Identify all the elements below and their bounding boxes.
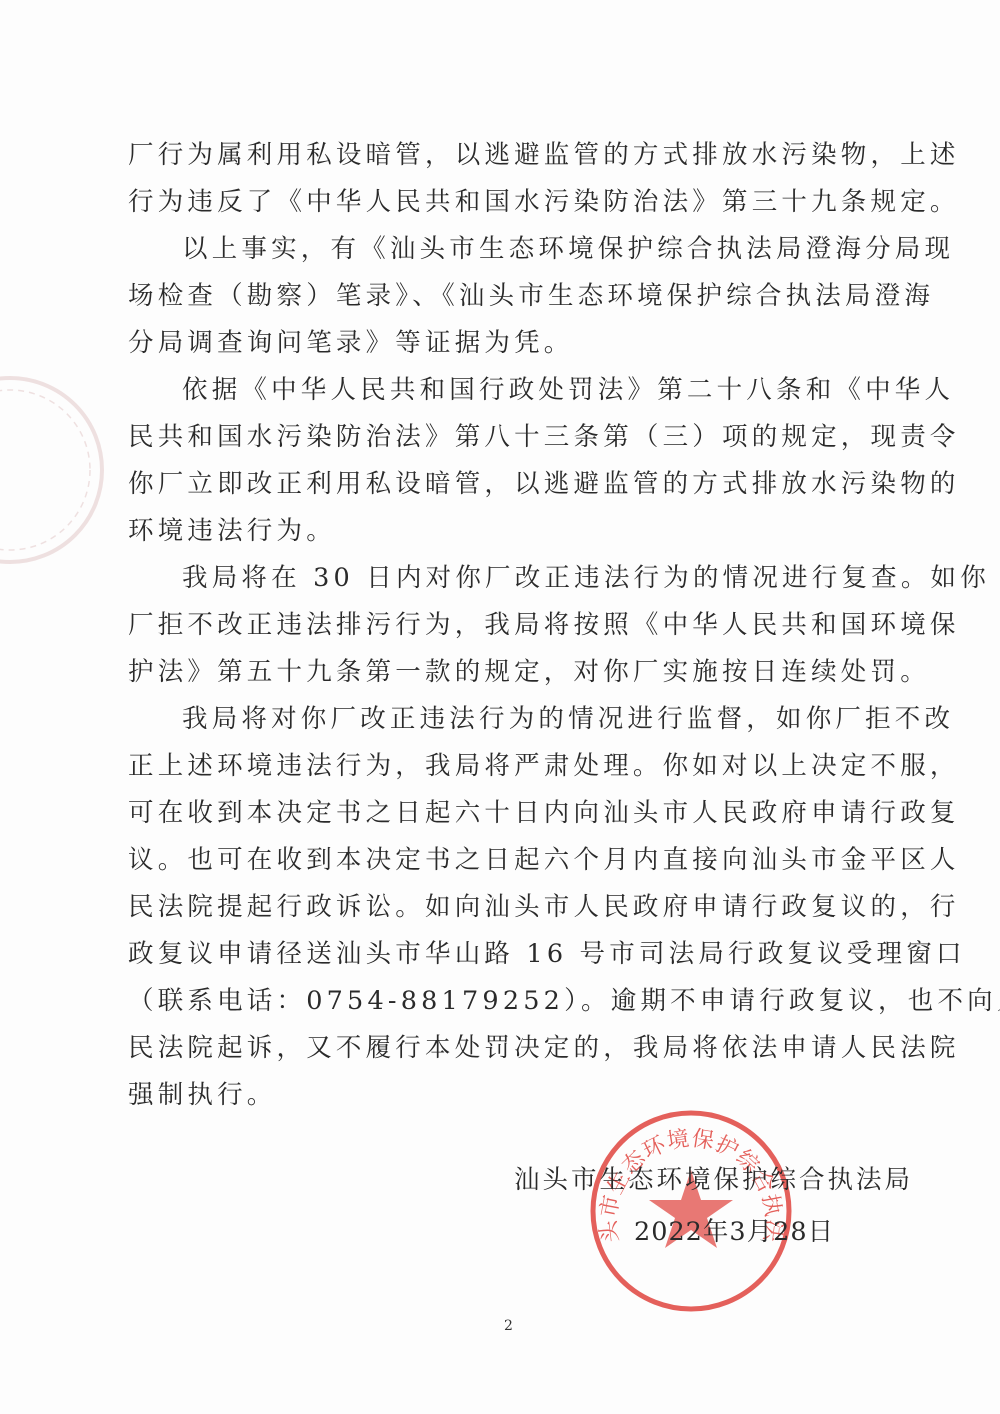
page-number: 2 xyxy=(504,1318,513,1334)
faint-seal-icon xyxy=(0,370,110,570)
text-line: 场检查（勘察）笔录》、《汕头市生态环境保护综合执法局澄海 xyxy=(128,273,890,320)
paragraph-evidence: 以上事实，有《汕头市生态环境保护综合执法局澄海分局现 场检查（勘察）笔录》、《汕… xyxy=(128,226,890,367)
text-line: 厂拒不改正违法排污行为，我局将按照《中华人民共和国环境保 xyxy=(128,602,890,649)
paragraph-review: 我局将在 30 日内对你厂改正违法行为的情况进行复查。如你 厂拒不改正违法排污行… xyxy=(128,555,890,696)
issuing-authority: 汕头市生态环境保护综合执法局 xyxy=(514,1160,913,1196)
text-line: 民共和国水污染防治法》第八十三条第（三）项的规定，现责令 xyxy=(128,414,890,461)
text-line: 民法院起诉，又不履行本处罚决定的，我局将依法申请人民法院 xyxy=(128,1025,890,1072)
text-line: 厂行为属利用私设暗管，以逃避监管的方式排放水污染物，上述 xyxy=(128,132,890,179)
paragraph-appeal-rights: 我局将对你厂改正违法行为的情况进行监督，如你厂拒不改 正上述环境违法行为，我局将… xyxy=(128,696,890,1119)
text-line: 分局调查询问笔录》等证据为凭。 xyxy=(128,320,890,367)
text-line: 你厂立即改正利用私设暗管，以逃避监管的方式排放水污染物的 xyxy=(128,461,890,508)
official-seal-icon: 汕头市生态环境保护综合执法局 xyxy=(588,1108,794,1314)
text-line: 可在收到本决定书之日起六十日内向汕头市人民政府申请行政复 xyxy=(128,790,890,837)
document-body: 厂行为属利用私设暗管，以逃避监管的方式排放水污染物，上述 行为违反了《中华人民共… xyxy=(128,132,890,1119)
paragraph-legal-basis: 依据《中华人民共和国行政处罚法》第二十八条和《中华人 民共和国水污染防治法》第八… xyxy=(128,367,890,555)
text-line: 我局将在 30 日内对你厂改正违法行为的情况进行复查。如你 xyxy=(128,555,890,602)
text-line: 政复议申请径送汕头市华山路 16 号市司法局行政复议受理窗口 xyxy=(128,931,890,978)
text-line: 环境违法行为。 xyxy=(128,508,890,555)
text-line: 依据《中华人民共和国行政处罚法》第二十八条和《中华人 xyxy=(128,367,890,414)
document-page: 厂行为属利用私设暗管，以逃避监管的方式排放水污染物，上述 行为违反了《中华人民共… xyxy=(0,0,1000,1414)
text-line: 民法院提起行政诉讼。如向汕头市人民政府申请行政复议的，行 xyxy=(128,884,890,931)
text-line: 议。也可在收到本决定书之日起六个月内直接向汕头市金平区人 xyxy=(128,837,890,884)
text-line: （联系电话：0754-88179252）。逾期不申请行政复议，也不向人 xyxy=(128,978,890,1025)
text-line: 以上事实，有《汕头市生态环境保护综合执法局澄海分局现 xyxy=(128,226,890,273)
text-line: 我局将对你厂改正违法行为的情况进行监督，如你厂拒不改 xyxy=(128,696,890,743)
paragraph-violation: 厂行为属利用私设暗管，以逃避监管的方式排放水污染物，上述 行为违反了《中华人民共… xyxy=(128,132,890,226)
text-line: 行为违反了《中华人民共和国水污染防治法》第三十九条规定。 xyxy=(128,179,890,226)
issue-date: 2022年3月28日 xyxy=(634,1212,834,1248)
text-line: 护法》第五十九条第一款的规定，对你厂实施按日连续处罚。 xyxy=(128,649,890,696)
text-line: 正上述环境违法行为，我局将严肃处理。你如对以上决定不服， xyxy=(128,743,890,790)
